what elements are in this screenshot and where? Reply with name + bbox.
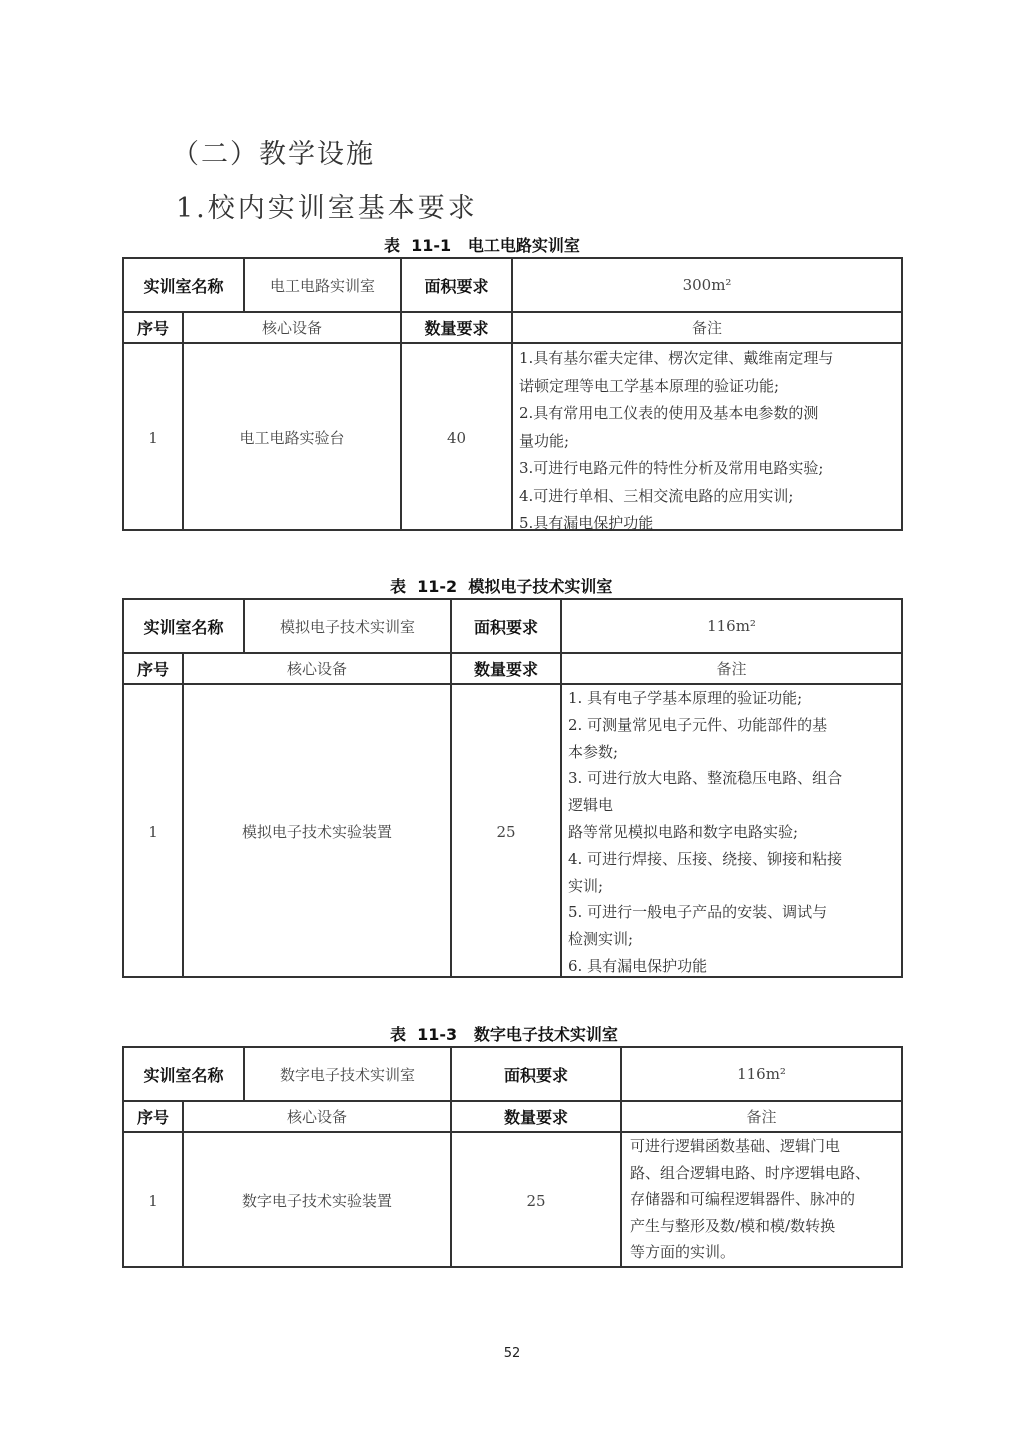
note-line: 存储器和可编程逻辑器件、脉冲的 xyxy=(630,1186,893,1213)
row-notes: 可进行逻辑函数基础、逻辑门电 路、组合逻辑电路、时序逻辑电路、 存储器和可编程逻… xyxy=(622,1133,901,1266)
subsection-heading: 1.校内实训室基本要求 xyxy=(176,186,478,225)
equipment-header: 核心设备 xyxy=(184,654,450,683)
index-header: 序号 xyxy=(124,1102,182,1131)
room-name-label: 实训室名称 xyxy=(124,1048,243,1100)
note-line: 本参数; xyxy=(568,739,895,766)
row-notes: 1. 具有电子学基本原理的验证功能; 2. 可测量常见电子元件、功能部件的基 本… xyxy=(562,685,901,980)
quantity-header: 数量要求 xyxy=(452,1102,620,1131)
note-line: 可进行逻辑函数基础、逻辑门电 xyxy=(630,1133,893,1160)
note-line: 实训; xyxy=(568,873,895,900)
note-line: 产生与整形及数/模和模/数转换 xyxy=(630,1213,893,1240)
index-header: 序号 xyxy=(124,313,182,342)
area-label: 面积要求 xyxy=(452,600,560,652)
room-name-label: 实训室名称 xyxy=(124,600,243,652)
index-header: 序号 xyxy=(124,654,182,683)
lab-table-digital: 实训室名称 数字电子技术实训室 面积要求 116m² 序号 核心设备 数量要求 … xyxy=(122,1046,903,1268)
note-line: 5.具有漏电保护功能 xyxy=(519,510,895,538)
section-heading: （二）教学设施 xyxy=(172,132,375,171)
area-value: 116m² xyxy=(562,600,901,652)
note-line: 逻辑电 xyxy=(568,792,895,819)
note-line: 4. 可进行焊接、压接、绕接、铆接和粘接 xyxy=(568,846,895,873)
room-name-value: 数字电子技术实训室 xyxy=(245,1048,450,1100)
note-line: 3. 可进行放大电路、整流稳压电路、组合 xyxy=(568,765,895,792)
table-caption: 表 11-1 电工电路实训室 xyxy=(384,233,580,256)
area-label: 面积要求 xyxy=(402,259,511,311)
note-line: 量功能; xyxy=(519,428,895,456)
row-index: 1 xyxy=(124,344,182,531)
row-notes: 1.具有基尔霍夫定律、楞次定律、戴维南定理与 诺顿定理等电工学基本原理的验证功能… xyxy=(513,345,901,538)
notes-header: 备注 xyxy=(513,313,901,342)
page-number: 52 xyxy=(0,1346,1024,1361)
note-line: 1. 具有电子学基本原理的验证功能; xyxy=(568,685,895,712)
table-caption: 表 11-3 数字电子技术实训室 xyxy=(390,1022,618,1045)
note-line: 检测实训; xyxy=(568,926,895,953)
row-quantity: 25 xyxy=(452,685,560,978)
row-index: 1 xyxy=(124,1133,182,1268)
room-name-value: 电工电路实训室 xyxy=(245,259,400,311)
note-line: 4.可进行单相、三相交流电路的应用实训; xyxy=(519,483,895,511)
note-line: 2. 可测量常见电子元件、功能部件的基 xyxy=(568,712,895,739)
lab-table-electrical: 实训室名称 电工电路实训室 面积要求 300m² 序号 核心设备 数量要求 备注… xyxy=(122,257,903,531)
note-line: 3.可进行电路元件的特性分析及常用电路实验; xyxy=(519,455,895,483)
note-line: 6. 具有漏电保护功能 xyxy=(568,953,895,980)
row-quantity: 40 xyxy=(402,344,511,531)
area-label: 面积要求 xyxy=(452,1048,620,1100)
note-line: 2.具有常用电工仪表的使用及基本电参数的测 xyxy=(519,400,895,428)
note-line: 1.具有基尔霍夫定律、楞次定律、戴维南定理与 xyxy=(519,345,895,373)
equipment-header: 核心设备 xyxy=(184,1102,450,1131)
lab-table-analog: 实训室名称 模拟电子技术实训室 面积要求 116m² 序号 核心设备 数量要求 … xyxy=(122,598,903,978)
row-equipment: 数字电子技术实验装置 xyxy=(184,1133,450,1268)
equipment-header: 核心设备 xyxy=(184,313,400,342)
row-equipment: 电工电路实验台 xyxy=(184,344,400,531)
note-line: 路、组合逻辑电路、时序逻辑电路、 xyxy=(630,1160,893,1187)
table-caption: 表 11-2 模拟电子技术实训室 xyxy=(390,574,612,597)
quantity-header: 数量要求 xyxy=(402,313,511,342)
notes-header: 备注 xyxy=(622,1102,901,1131)
notes-header: 备注 xyxy=(562,654,901,683)
row-equipment: 模拟电子技术实验装置 xyxy=(184,685,450,978)
area-value: 116m² xyxy=(622,1048,901,1100)
note-line: 路等常见模拟电路和数字电路实验; xyxy=(568,819,895,846)
quantity-header: 数量要求 xyxy=(452,654,560,683)
note-line: 等方面的实训。 xyxy=(630,1239,893,1266)
row-index: 1 xyxy=(124,685,182,978)
note-line: 诺顿定理等电工学基本原理的验证功能; xyxy=(519,373,895,401)
note-line: 5. 可进行一般电子产品的安装、调试与 xyxy=(568,899,895,926)
room-name-value: 模拟电子技术实训室 xyxy=(245,600,450,652)
room-name-label: 实训室名称 xyxy=(124,259,243,311)
row-quantity: 25 xyxy=(452,1133,620,1268)
area-value: 300m² xyxy=(513,259,901,311)
